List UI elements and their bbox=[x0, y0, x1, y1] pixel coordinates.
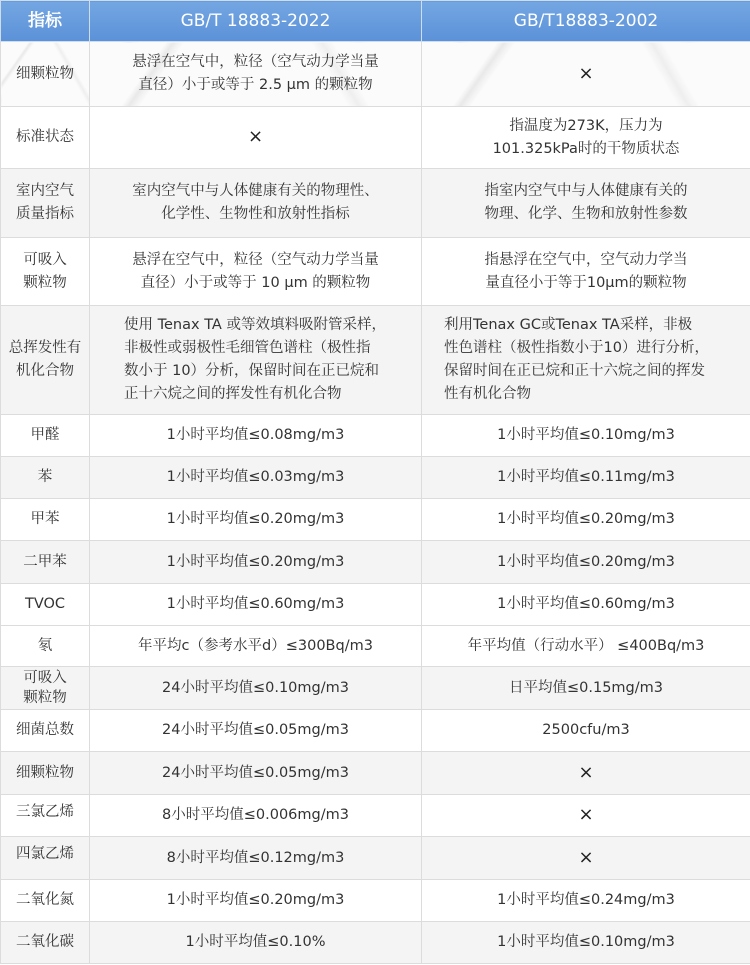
text-line: 可吸入 bbox=[3, 668, 87, 688]
row-indicator-name: 二氧化氮 bbox=[1, 880, 90, 922]
text-line: 化学性、生物性和放射性指标 bbox=[98, 203, 413, 226]
row-indicator-name: 标准状态 bbox=[1, 107, 90, 169]
table-row: 四氯乙烯 8小时平均值≤0.12mg/m3 × bbox=[1, 837, 750, 880]
table-row: 可吸入 颗粒物 悬浮在空气中，粒径（空气动力学当量 直径）小于或等于 10 μm… bbox=[1, 238, 750, 306]
text-line: 101.325kPa时的干物质状态 bbox=[430, 138, 742, 161]
text-line: 指室内空气中与人体健康有关的 bbox=[430, 180, 742, 203]
cross-icon: × bbox=[578, 804, 593, 825]
text-line: 悬浮在空气中，粒径（空气动力学当量 bbox=[98, 249, 413, 272]
row-value-2002: 1小时平均值≤0.20mg/m3 bbox=[422, 541, 750, 584]
text-line: 直径）小于或等于 2.5 μm 的颗粒物 bbox=[98, 74, 413, 97]
row-indicator-name: 二氧化碳 bbox=[1, 922, 90, 964]
row-indicator-name: 甲醛 bbox=[1, 415, 90, 457]
text-line: 直径）小于或等于 10 μm 的颗粒物 bbox=[98, 272, 413, 295]
text-line: 数小于 10）分析，保留时间在正已烷和 bbox=[124, 360, 409, 383]
table-row: 甲苯 1小时平均值≤0.20mg/m3 1小时平均值≤0.20mg/m3 bbox=[1, 499, 750, 541]
row-indicator-name: 细颗粒物 bbox=[1, 42, 90, 107]
row-value-2002: × bbox=[422, 752, 750, 795]
text-line: 颗粒物 bbox=[3, 688, 87, 708]
row-value-2022: 1小时平均值≤0.08mg/m3 bbox=[90, 415, 422, 457]
text-line: 量直径小于等于10μm的颗粒物 bbox=[430, 272, 742, 295]
table-row: 氡 年平均c（参考水平d）≤300Bq/m3 年平均值（行动水平） ≤400Bq… bbox=[1, 626, 750, 667]
row-indicator-name: 氡 bbox=[1, 626, 90, 667]
row-value-2022: 24小时平均值≤0.05mg/m3 bbox=[90, 752, 422, 795]
text-line: 非极性或弱极性毛细管色谱柱（极性指 bbox=[124, 337, 409, 360]
table-row: 细颗粒物 24小时平均值≤0.05mg/m3 × bbox=[1, 752, 750, 795]
row-value-2002: 2500cfu/m3 bbox=[422, 710, 750, 752]
row-value-2002: 1小时平均值≤0.20mg/m3 bbox=[422, 499, 750, 541]
table-row: 苯 1小时平均值≤0.03mg/m3 1小时平均值≤0.11mg/m3 bbox=[1, 457, 750, 499]
row-indicator-name: TVOC bbox=[1, 584, 90, 626]
row-value-2002: × bbox=[422, 42, 750, 107]
row-indicator-name: 三氯乙烯 bbox=[1, 795, 90, 837]
row-value-2002: 年平均值（行动水平） ≤400Bq/m3 bbox=[422, 626, 750, 667]
row-indicator-name: 苯 bbox=[1, 457, 90, 499]
standards-comparison-table: 指标 GB/T 18883-2022 GB/T18883-2002 细颗粒物 悬… bbox=[0, 0, 750, 964]
text-line: 保留时间在正已烷和正十六烷之间的挥发 bbox=[444, 360, 740, 383]
row-value-2022: 悬浮在空气中，粒径（空气动力学当量 直径）小于或等于 2.5 μm 的颗粒物 bbox=[90, 42, 422, 107]
text-line: 质量指标 bbox=[3, 203, 87, 226]
row-value-2002: 利用Tenax GC或Tenax TA采样，非极 性色谱柱（极性指数小于10）进… bbox=[422, 306, 750, 415]
text-line: 正十六烷之间的挥发性有机化合物 bbox=[124, 383, 409, 406]
text-line: 物理、化学、生物和放射性参数 bbox=[430, 203, 742, 226]
table-row: 二氧化碳 1小时平均值≤0.10% 1小时平均值≤0.10mg/m3 bbox=[1, 922, 750, 964]
row-indicator-name: 细颗粒物 bbox=[1, 752, 90, 795]
row-value-2022: 1小时平均值≤0.20mg/m3 bbox=[90, 880, 422, 922]
table-row: 二甲苯 1小时平均值≤0.20mg/m3 1小时平均值≤0.20mg/m3 bbox=[1, 541, 750, 584]
cross-icon: × bbox=[578, 762, 593, 783]
text-line: 指悬浮在空气中，空气动力学当 bbox=[430, 249, 742, 272]
text-line: 室内空气中与人体健康有关的物理性、 bbox=[98, 180, 413, 203]
row-value-2002: × bbox=[422, 795, 750, 837]
row-indicator-name: 可吸入 颗粒物 bbox=[1, 238, 90, 306]
row-value-2002: × bbox=[422, 837, 750, 880]
row-indicator-name: 室内空气 质量指标 bbox=[1, 169, 90, 238]
text-line: 悬浮在空气中，粒径（空气动力学当量 bbox=[98, 51, 413, 74]
table-row: 标准状态 × 指温度为273K，压力为 101.325kPa时的干物质状态 bbox=[1, 107, 750, 169]
row-indicator-name: 甲苯 bbox=[1, 499, 90, 541]
row-value-2022: 24小时平均值≤0.05mg/m3 bbox=[90, 710, 422, 752]
row-indicator-name: 四氯乙烯 bbox=[1, 837, 90, 880]
row-value-2002: 1小时平均值≤0.10mg/m3 bbox=[422, 415, 750, 457]
cross-icon: × bbox=[248, 126, 263, 147]
row-value-2022: × bbox=[90, 107, 422, 169]
text-line: 室内空气 bbox=[3, 180, 87, 203]
row-value-2022: 8小时平均值≤0.006mg/m3 bbox=[90, 795, 422, 837]
row-indicator-name: 可吸入 颗粒物 bbox=[1, 667, 90, 710]
table-header-row: 指标 GB/T 18883-2022 GB/T18883-2002 bbox=[1, 1, 750, 42]
table-row: 二氧化氮 1小时平均值≤0.20mg/m3 1小时平均值≤0.24mg/m3 bbox=[1, 880, 750, 922]
row-indicator-name: 二甲苯 bbox=[1, 541, 90, 584]
table-row: 细颗粒物 悬浮在空气中，粒径（空气动力学当量 直径）小于或等于 2.5 μm 的… bbox=[1, 42, 750, 107]
row-value-2002: 1小时平均值≤0.10mg/m3 bbox=[422, 922, 750, 964]
row-value-2002: 1小时平均值≤0.11mg/m3 bbox=[422, 457, 750, 499]
row-indicator-name: 细菌总数 bbox=[1, 710, 90, 752]
row-value-2002: 日平均值≤0.15mg/m3 bbox=[422, 667, 750, 710]
table-row: 总挥发性有 机化合物 使用 Tenax TA 或等效填料吸附管采样， 非极性或弱… bbox=[1, 306, 750, 415]
row-value-2022: 24小时平均值≤0.10mg/m3 bbox=[90, 667, 422, 710]
row-value-2022: 1小时平均值≤0.20mg/m3 bbox=[90, 541, 422, 584]
text-line: 使用 Tenax TA 或等效填料吸附管采样， bbox=[124, 314, 409, 337]
row-value-2002: 1小时平均值≤0.60mg/m3 bbox=[422, 584, 750, 626]
table-row: TVOC 1小时平均值≤0.60mg/m3 1小时平均值≤0.60mg/m3 bbox=[1, 584, 750, 626]
table-row: 三氯乙烯 8小时平均值≤0.006mg/m3 × bbox=[1, 795, 750, 837]
row-value-2022: 使用 Tenax TA 或等效填料吸附管采样， 非极性或弱极性毛细管色谱柱（极性… bbox=[90, 306, 422, 415]
cross-icon: × bbox=[578, 63, 593, 84]
row-value-2022: 年平均c（参考水平d）≤300Bq/m3 bbox=[90, 626, 422, 667]
row-value-2022: 1小时平均值≤0.03mg/m3 bbox=[90, 457, 422, 499]
header-gb-2002: GB/T18883-2002 bbox=[422, 1, 750, 42]
cross-icon: × bbox=[578, 847, 593, 868]
text-line: 性有机化合物 bbox=[444, 383, 740, 406]
table-row: 可吸入 颗粒物 24小时平均值≤0.10mg/m3 日平均值≤0.15mg/m3 bbox=[1, 667, 750, 710]
table-row: 细菌总数 24小时平均值≤0.05mg/m3 2500cfu/m3 bbox=[1, 710, 750, 752]
row-value-2002: 指温度为273K，压力为 101.325kPa时的干物质状态 bbox=[422, 107, 750, 169]
row-value-2002: 指室内空气中与人体健康有关的 物理、化学、生物和放射性参数 bbox=[422, 169, 750, 238]
row-indicator-name: 总挥发性有 机化合物 bbox=[1, 306, 90, 415]
header-indicator: 指标 bbox=[1, 1, 90, 42]
text-line: 可吸入 bbox=[3, 249, 87, 272]
text-line: 机化合物 bbox=[3, 360, 87, 383]
text-line: 颗粒物 bbox=[3, 272, 87, 295]
table-row: 室内空气 质量指标 室内空气中与人体健康有关的物理性、 化学性、生物性和放射性指… bbox=[1, 169, 750, 238]
row-value-2022: 悬浮在空气中，粒径（空气动力学当量 直径）小于或等于 10 μm 的颗粒物 bbox=[90, 238, 422, 306]
header-gb-2022: GB/T 18883-2022 bbox=[90, 1, 422, 42]
row-value-2022: 8小时平均值≤0.12mg/m3 bbox=[90, 837, 422, 880]
text-line: 指温度为273K，压力为 bbox=[430, 115, 742, 138]
row-value-2022: 1小时平均值≤0.10% bbox=[90, 922, 422, 964]
row-value-2002: 指悬浮在空气中，空气动力学当 量直径小于等于10μm的颗粒物 bbox=[422, 238, 750, 306]
row-value-2022: 1小时平均值≤0.60mg/m3 bbox=[90, 584, 422, 626]
text-line: 性色谱柱（极性指数小于10）进行分析， bbox=[444, 337, 740, 360]
text-line: 利用Tenax GC或Tenax TA采样，非极 bbox=[444, 314, 740, 337]
text-line: 总挥发性有 bbox=[3, 337, 87, 360]
row-value-2022: 1小时平均值≤0.20mg/m3 bbox=[90, 499, 422, 541]
table-row: 甲醛 1小时平均值≤0.08mg/m3 1小时平均值≤0.10mg/m3 bbox=[1, 415, 750, 457]
row-value-2002: 1小时平均值≤0.24mg/m3 bbox=[422, 880, 750, 922]
row-value-2022: 室内空气中与人体健康有关的物理性、 化学性、生物性和放射性指标 bbox=[90, 169, 422, 238]
